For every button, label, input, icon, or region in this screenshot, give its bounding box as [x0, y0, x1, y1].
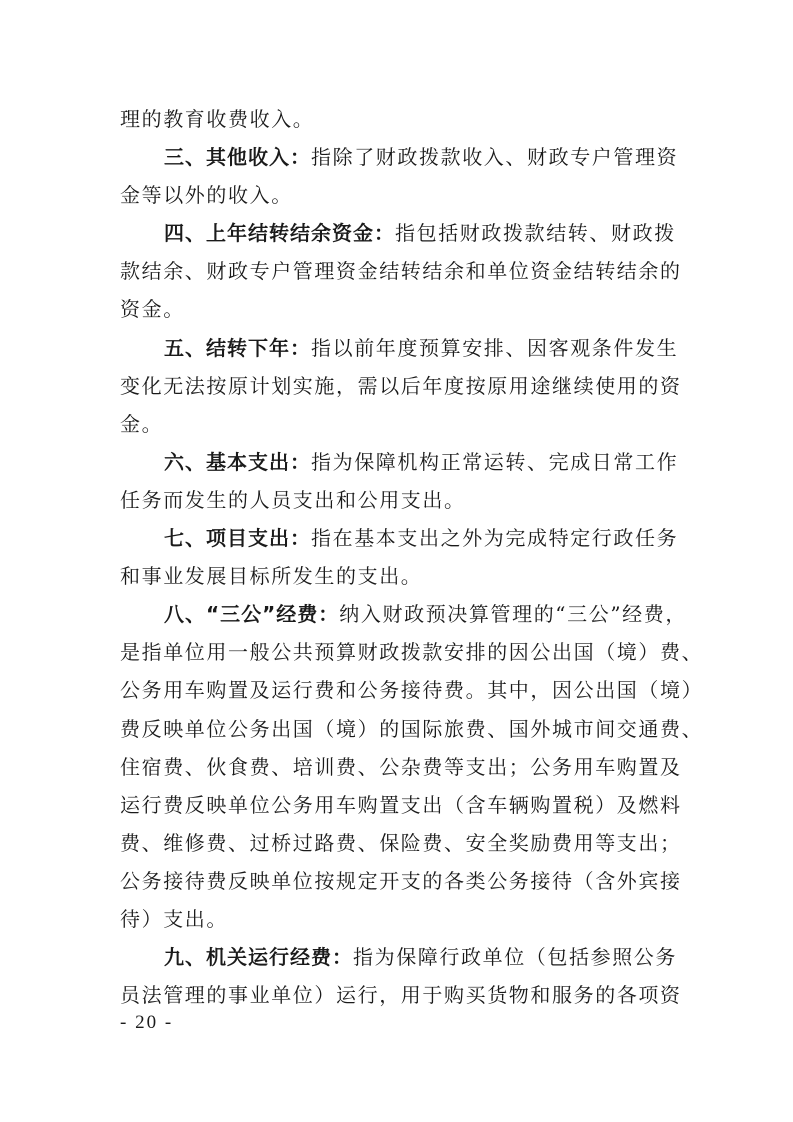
definition-line: 待）支出。 [120, 900, 680, 938]
term-operating-expenses: 九、机关运行经费： [164, 945, 353, 969]
definition-line: 运行费反映单位公务用车购置支出（含车辆购置税）及燃料 [120, 786, 680, 824]
definition-line: 员法管理的事业单位）运行，用于购买货物和服务的各项资 [120, 976, 680, 1014]
body-text: 理的教育收费收入。 三、其他收入：指除了财政拨款收入、财政专户管理资 金等以外的… [120, 100, 680, 1014]
definition-line: 资金。 [120, 290, 680, 328]
definition-text: 指在基本支出之外为完成特定行政任务 [311, 526, 678, 550]
definition-line: 费反映单位公务出国（境）的国际旅费、国外城市间交通费、 [120, 710, 680, 748]
definition-line: 住宿费、伙食费、培训费、公杂费等支出；公务用车购置及 [120, 748, 680, 786]
term-prior-year-carryover: 四、上年结转结余资金： [164, 221, 395, 245]
page-number: - 20 - [120, 1012, 173, 1034]
definition-line: 五、结转下年：指以前年度预算安排、因客观条件发生 [120, 329, 680, 367]
term-basic-expenditure: 六、基本支出： [164, 450, 311, 474]
definition-text: 指包括财政拨款结转、财政拨 [395, 221, 676, 245]
term-other-income: 三、其他收入： [164, 145, 311, 169]
document-page: 理的教育收费收入。 三、其他收入：指除了财政拨款收入、财政专户管理资 金等以外的… [0, 0, 793, 1122]
definition-line: 是指单位用一般公共预算财政拨款安排的因公出国（境）费、 [120, 633, 680, 671]
definition-line: 四、上年结转结余资金：指包括财政拨款结转、财政拨 [120, 214, 680, 252]
definition-line: 七、项目支出：指在基本支出之外为完成特定行政任务 [120, 519, 680, 557]
definition-line: 公务接待费反映单位按规定开支的各类公务接待（含外宾接 [120, 862, 680, 900]
definition-line: 和事业发展目标所发生的支出。 [120, 557, 680, 595]
definition-text: 指为保障机构正常运转、完成日常工作 [311, 450, 678, 474]
definition-line: 六、基本支出：指为保障机构正常运转、完成日常工作 [120, 443, 680, 481]
definition-line: 八、“三公”经费：纳入财政预决算管理的“三公”经费， [120, 595, 680, 633]
definition-line: 款结余、财政专户管理资金结转结余和单位资金结转结余的 [120, 252, 680, 290]
definition-text: 指除了财政拨款收入、财政专户管理资 [311, 145, 678, 169]
definition-line: 九、机关运行经费：指为保障行政单位（包括参照公务 [120, 938, 680, 976]
paragraph-continuation-line: 理的教育收费收入。 [120, 100, 680, 138]
definition-text: 指为保障行政单位（包括参照公务 [353, 945, 677, 969]
definition-text: 指以前年度预算安排、因客观条件发生 [311, 336, 678, 360]
definition-line: 公务用车购置及运行费和公务接待费。其中，因公出国（境） [120, 671, 680, 709]
definition-line: 费、维修费、过桥过路费、保险费、安全奖励费用等支出； [120, 824, 680, 862]
definition-text: 纳入财政预决算管理的“三公”经费， [339, 602, 687, 626]
definition-line: 三、其他收入：指除了财政拨款收入、财政专户管理资 [120, 138, 680, 176]
term-carry-forward: 五、结转下年： [164, 336, 311, 360]
definition-line: 金等以外的收入。 [120, 176, 680, 214]
term-three-public-expenses: 八、“三公”经费： [164, 602, 339, 626]
definition-line: 任务而发生的人员支出和公用支出。 [120, 481, 680, 519]
term-project-expenditure: 七、项目支出： [164, 526, 311, 550]
definition-line: 金。 [120, 405, 680, 443]
definition-line: 变化无法按原计划实施，需以后年度按原用途继续使用的资 [120, 367, 680, 405]
